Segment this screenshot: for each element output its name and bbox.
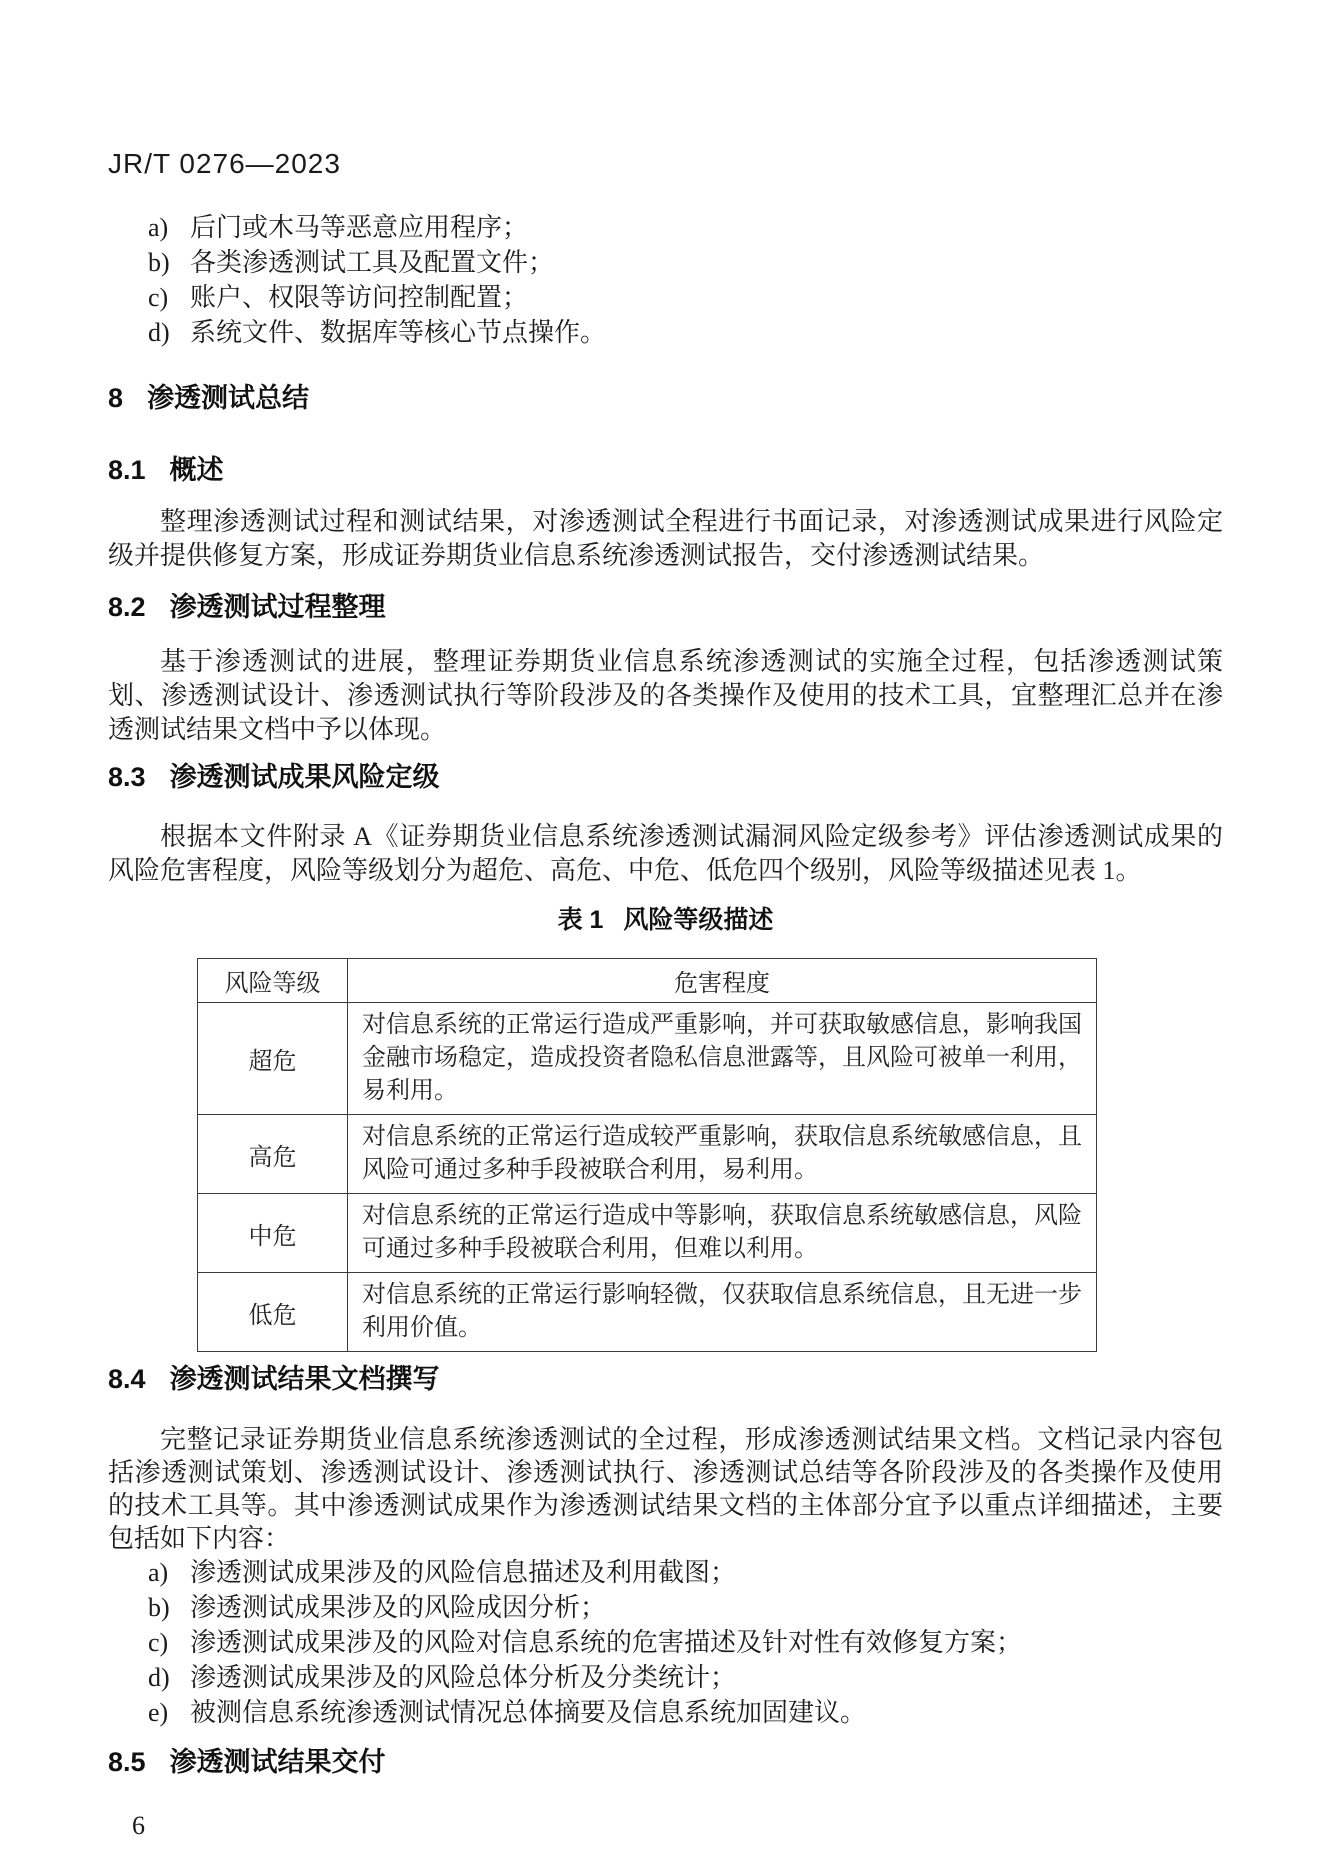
document-page: JR/T 0276—2023 a) 后门或木马等恶意应用程序； b) 各类渗透测… — [0, 0, 1323, 1871]
section-8-5-title: 渗透测试结果交付 — [170, 1747, 386, 1777]
risk-level-cell: 高危 — [198, 1115, 348, 1194]
table-row: 低危 对信息系统的正常运行影响轻微，仅获取信息系统信息，且无进一步利用价值。 — [198, 1273, 1097, 1352]
table-row: 超危 对信息系统的正常运行造成严重影响，并可获取敏感信息，影响我国金融市场稳定，… — [198, 1003, 1097, 1115]
page-number: 6 — [132, 1809, 1223, 1843]
list-item-text: 渗透测试成果涉及的风险对信息系统的危害描述及针对性有效修复方案； — [190, 1625, 1223, 1660]
list-item-text: 各类渗透测试工具及配置文件； — [190, 245, 1223, 280]
risk-level-cell: 低危 — [198, 1273, 348, 1352]
list-item: a) 渗透测试成果涉及的风险信息描述及利用截图； — [108, 1555, 1223, 1590]
list-item-label: b) — [148, 245, 190, 280]
list-item-text: 被测信息系统渗透测试情况总体摘要及信息系统加固建议。 — [190, 1695, 1223, 1730]
list-item-label: c) — [148, 1625, 190, 1660]
list-item-text: 渗透测试成果涉及的风险成因分析； — [190, 1590, 1223, 1625]
list-item-label: e) — [148, 1695, 190, 1730]
risk-level-cell: 超危 — [198, 1003, 348, 1115]
list-item: e) 被测信息系统渗透测试情况总体摘要及信息系统加固建议。 — [108, 1695, 1223, 1730]
risk-level-table: 风险等级 危害程度 超危 对信息系统的正常运行造成严重影响，并可获取敏感信息，影… — [197, 958, 1097, 1352]
list-item-label: b) — [148, 1590, 190, 1625]
column-header-harm-degree: 危害程度 — [348, 959, 1097, 1003]
section-8-2-heading: 8.2渗透测试过程整理 — [108, 592, 1223, 622]
list-item: c) 渗透测试成果涉及的风险对信息系统的危害描述及针对性有效修复方案； — [108, 1625, 1223, 1660]
section-8-2-paragraph: 基于渗透测试的进展，整理证券期货业信息系统渗透测试的实施全过程，包括渗透测试策划… — [108, 645, 1223, 747]
section-8-1-number: 8.1 — [108, 455, 146, 485]
section-8-1-heading: 8.1概述 — [108, 455, 1223, 485]
harm-description-cell: 对信息系统的正常运行影响轻微，仅获取信息系统信息，且无进一步利用价值。 — [348, 1273, 1097, 1352]
section-8-4-paragraph: 完整记录证券期货业信息系统渗透测试的全过程，形成渗透测试结果文档。文档记录内容包… — [108, 1423, 1223, 1555]
section-8-2-number: 8.2 — [108, 592, 146, 622]
table-header-row: 风险等级 危害程度 — [198, 959, 1097, 1003]
list-item-text: 系统文件、数据库等核心节点操作。 — [190, 315, 1223, 350]
section-8-4-title: 渗透测试结果文档撰写 — [170, 1364, 440, 1394]
section-8-4-letter-list: a) 渗透测试成果涉及的风险信息描述及利用截图； b) 渗透测试成果涉及的风险成… — [108, 1555, 1223, 1730]
harm-description-cell: 对信息系统的正常运行造成较严重影响，获取信息系统敏感信息，且风险可通过多种手段被… — [348, 1115, 1097, 1194]
table-1-caption-title: 风险等级描述 — [623, 906, 773, 934]
table-row: 中危 对信息系统的正常运行造成中等影响，获取信息系统敏感信息，风险可通过多种手段… — [198, 1194, 1097, 1273]
section-8-5-number: 8.5 — [108, 1747, 146, 1777]
section-8-2-title: 渗透测试过程整理 — [170, 592, 386, 622]
column-header-risk-level: 风险等级 — [198, 959, 348, 1003]
list-item-text: 账户、权限等访问控制配置； — [190, 280, 1223, 315]
list-item: b) 各类渗透测试工具及配置文件； — [108, 245, 1223, 280]
harm-description-cell: 对信息系统的正常运行造成严重影响，并可获取敏感信息，影响我国金融市场稳定，造成投… — [348, 1003, 1097, 1115]
list-item-text: 渗透测试成果涉及的风险信息描述及利用截图； — [190, 1555, 1223, 1590]
section-8-4-heading: 8.4渗透测试结果文档撰写 — [108, 1364, 1223, 1394]
list-item-label: c) — [148, 280, 190, 315]
list-item-text: 后门或木马等恶意应用程序； — [190, 210, 1223, 245]
list-item-label: d) — [148, 1660, 190, 1695]
chapter-8-heading: 8渗透测试总结 — [108, 383, 1223, 413]
section-8-5-heading: 8.5渗透测试结果交付 — [108, 1747, 1223, 1777]
list-item: b) 渗透测试成果涉及的风险成因分析； — [108, 1590, 1223, 1625]
chapter-8-title: 渗透测试总结 — [147, 383, 309, 413]
table-1-caption-label: 表 1 — [558, 906, 604, 934]
top-letter-list: a) 后门或木马等恶意应用程序； b) 各类渗透测试工具及配置文件； c) 账户… — [108, 210, 1223, 350]
list-item: a) 后门或木马等恶意应用程序； — [108, 210, 1223, 245]
risk-level-cell: 中危 — [198, 1194, 348, 1273]
section-8-1-title: 概述 — [170, 455, 224, 485]
list-item-label: d) — [148, 315, 190, 350]
table-1-caption: 表 1风险等级描述 — [108, 905, 1223, 935]
section-8-4-number: 8.4 — [108, 1364, 146, 1394]
list-item: d) 系统文件、数据库等核心节点操作。 — [108, 315, 1223, 350]
table-row: 高危 对信息系统的正常运行造成较严重影响，获取信息系统敏感信息，且风险可通过多种… — [198, 1115, 1097, 1194]
list-item-text: 渗透测试成果涉及的风险总体分析及分类统计； — [190, 1660, 1223, 1695]
standard-number: JR/T 0276—2023 — [108, 150, 1223, 178]
section-8-3-heading: 8.3渗透测试成果风险定级 — [108, 762, 1223, 792]
list-item: d) 渗透测试成果涉及的风险总体分析及分类统计； — [108, 1660, 1223, 1695]
list-item-label: a) — [148, 210, 190, 245]
section-8-3-number: 8.3 — [108, 762, 146, 792]
section-8-3-paragraph: 根据本文件附录 A《证券期货业信息系统渗透测试漏洞风险定级参考》评估渗透测试成果… — [108, 820, 1223, 888]
harm-description-cell: 对信息系统的正常运行造成中等影响，获取信息系统敏感信息，风险可通过多种手段被联合… — [348, 1194, 1097, 1273]
section-8-3-title: 渗透测试成果风险定级 — [170, 762, 440, 792]
list-item-label: a) — [148, 1555, 190, 1590]
section-8-1-paragraph: 整理渗透测试过程和测试结果，对渗透测试全程进行书面记录，对渗透测试成果进行风险定… — [108, 505, 1223, 573]
chapter-8-number: 8 — [108, 383, 123, 413]
list-item: c) 账户、权限等访问控制配置； — [108, 280, 1223, 315]
